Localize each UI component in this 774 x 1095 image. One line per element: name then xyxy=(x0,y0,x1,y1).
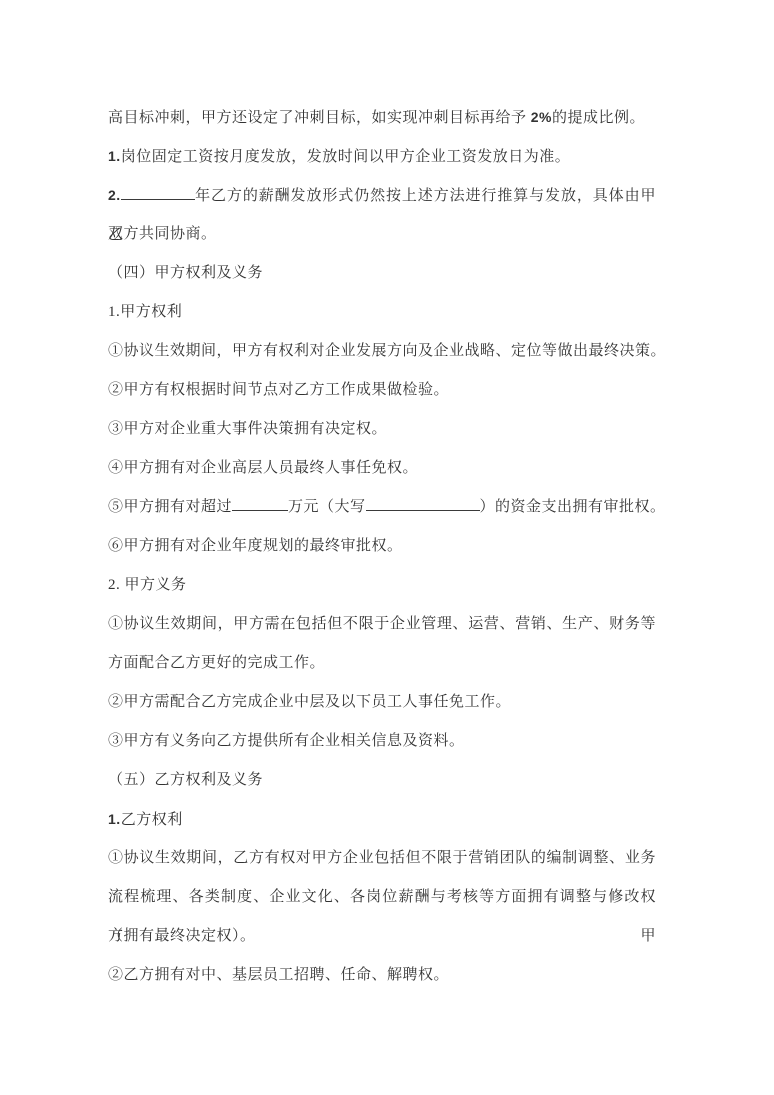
list-number: 1. xyxy=(108,148,121,164)
clause-a-right-2: ②甲方有权根据时间节点对乙方工作成果做检验。 xyxy=(108,371,656,410)
doc-line-year-clause-cont: 双方共同协商。 xyxy=(108,215,656,254)
list-number: 1. xyxy=(108,811,121,827)
text-run: 2. 甲方义务 xyxy=(108,577,187,593)
text-run: ③甲方有义务向乙方提供所有企业相关信息及资料。 xyxy=(108,733,465,749)
text-run: ①协议生效期间，乙方有权对甲方企业包括但不限于营销团队的编制调整、业务 xyxy=(108,850,656,866)
text-run: ②甲方需配合乙方完成企业中层及以下员工人事任免工作。 xyxy=(108,694,511,710)
text-run: 双方共同协商。 xyxy=(108,226,217,242)
doc-line-commission: 高目标冲刺，甲方还设定了冲刺目标，如实现冲刺目标再给予 2%的提成比例。 xyxy=(108,98,656,137)
clause-b-right-1-cont: 流程梳理、各类制度、企业文化、各岗位薪酬与考核等方面拥有调整与修改权（甲 xyxy=(108,878,656,917)
section-heading-4: （四）甲方权利及义务 xyxy=(108,254,656,293)
text-run: ②甲方有权根据时间节点对乙方工作成果做检验。 xyxy=(108,382,449,398)
doc-line-year-clause: 2.年乙方的薪酬发放形式仍然按上述方法进行推算与发放，具体由甲乙 xyxy=(108,176,656,215)
clause-a-duty-1: ①协议生效期间，甲方需在包括但不限于企业管理、运营、营销、生产、财务等 xyxy=(108,605,656,644)
text-run: ③甲方对企业重大事件决策拥有决定权。 xyxy=(108,421,387,437)
text-run: ④甲方拥有对企业高层人员最终人事任免权。 xyxy=(108,460,418,476)
text-run: （四）甲方权利及义务 xyxy=(108,265,263,281)
clause-a-right-3: ③甲方对企业重大事件决策拥有决定权。 xyxy=(108,410,656,449)
fill-in-blank-amount xyxy=(232,496,288,511)
fill-in-blank-year xyxy=(121,185,195,200)
clause-a-duty-1-cont: 方面配合乙方更好的完成工作。 xyxy=(108,644,656,683)
text-run: ⑤甲方拥有对超过 xyxy=(108,499,232,515)
document-page: 高目标冲刺，甲方还设定了冲刺目标，如实现冲刺目标再给予 2%的提成比例。 1.岗… xyxy=(0,0,774,1095)
clause-a-right-5: ⑤甲方拥有对超过万元（大写）的资金支出拥有审批权。 xyxy=(108,488,656,527)
clause-a-right-6: ⑥甲方拥有对企业年度规划的最终审批权。 xyxy=(108,527,656,566)
text-run: （五）乙方权利及义务 xyxy=(108,772,263,788)
text-run: 乙方权利 xyxy=(121,812,183,828)
text-run: ②乙方拥有对中、基层员工招聘、任命、解聘权。 xyxy=(108,967,449,983)
percent-value: 2% xyxy=(531,109,552,125)
list-number: 2. xyxy=(108,187,121,203)
clause-a-right-4: ④甲方拥有对企业高层人员最终人事任免权。 xyxy=(108,449,656,488)
section-heading-5: （五）乙方权利及义务 xyxy=(108,761,656,800)
text-run: 高目标冲刺，甲方还设定了冲刺目标，如实现冲刺目标再给予 xyxy=(108,110,531,126)
subsection-party-a-rights: 1.甲方权利 xyxy=(108,293,656,332)
clause-a-right-1: ①协议生效期间，甲方有权利对企业发展方向及企业战略、定位等做出最终决策。 xyxy=(108,332,656,371)
text-run: 的提成比例。 xyxy=(552,110,645,126)
text-run: 1.甲方权利 xyxy=(108,304,182,320)
text-run: ①协议生效期间，甲方有权利对企业发展方向及企业战略、定位等做出最终决策。 xyxy=(108,343,666,359)
clause-b-right-1: ①协议生效期间，乙方有权对甲方企业包括但不限于营销团队的编制调整、业务 xyxy=(108,839,656,878)
text-run: ①协议生效期间，甲方需在包括但不限于企业管理、运营、营销、生产、财务等 xyxy=(108,616,656,632)
subsection-party-a-duties: 2. 甲方义务 xyxy=(108,566,656,605)
text-run: 方拥有最终决定权）。 xyxy=(108,928,256,944)
text-run: 岗位固定工资按月度发放，发放时间以甲方企业工资发放日为准。 xyxy=(121,149,571,165)
clause-b-right-2: ②乙方拥有对中、基层员工招聘、任命、解聘权。 xyxy=(108,956,656,995)
doc-line-salary-payment: 1.岗位固定工资按月度发放，发放时间以甲方企业工资发放日为准。 xyxy=(108,137,656,176)
fill-in-blank-amount-caps xyxy=(366,496,480,511)
text-run: ⑥甲方拥有对企业年度规划的最终审批权。 xyxy=(108,538,403,554)
text-run: ）的资金支出拥有审批权。 xyxy=(480,499,666,515)
text-run: 万元（大写 xyxy=(288,499,366,515)
clause-a-duty-3: ③甲方有义务向乙方提供所有企业相关信息及资料。 xyxy=(108,722,656,761)
text-run: 方面配合乙方更好的完成工作。 xyxy=(108,655,325,671)
subsection-party-b-rights: 1.乙方权利 xyxy=(108,800,656,839)
clause-a-duty-2: ②甲方需配合乙方完成企业中层及以下员工人事任免工作。 xyxy=(108,683,656,722)
